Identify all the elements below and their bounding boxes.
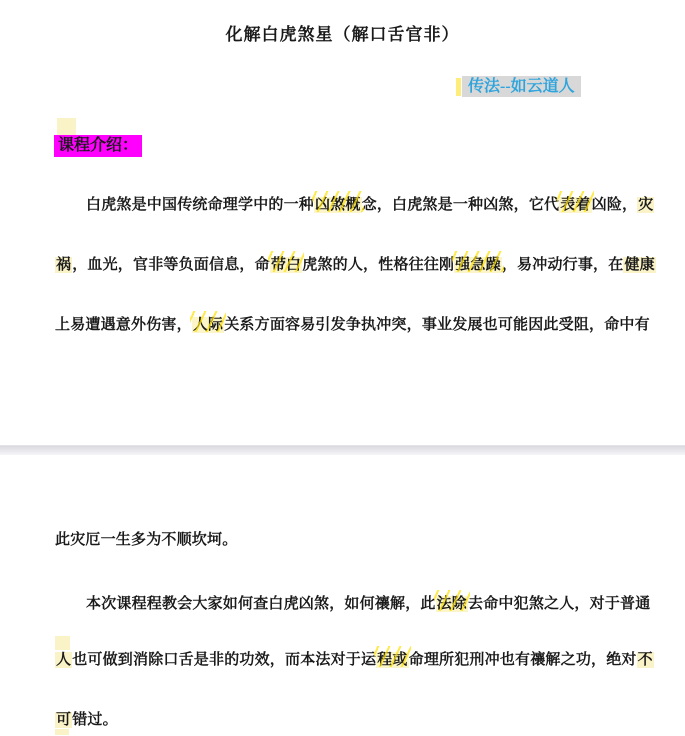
text-segment: ，易冲动行事，在: [502, 257, 624, 273]
text-segment: 命理所犯刑冲也有禳解之功，绝对: [409, 652, 637, 668]
text-segment: 也可做到消除口舌是非的功效，而本法对于运: [72, 652, 376, 668]
scribbled-segment: 带白: [270, 257, 302, 273]
text-segment: 白虎煞是中国传统命理学中的一种: [86, 197, 314, 213]
paragraph-line: 可错过。: [55, 711, 655, 730]
paragraph-line: 祸，血光，官非等负面信息，命带白虎煞的人，性格往往刚强急躁，易冲动行事，在健康: [55, 256, 655, 275]
paragraph-line: 上易遭遇意外伤害，人际关系方面容易引发争执冲突，事业发展也可能因此受阻，命中有: [55, 316, 655, 335]
scribbled-segment: 表着: [559, 197, 591, 213]
text-segment: 凶险，: [592, 197, 638, 213]
document-page: 化解白虎煞星（解口舌官非） 传法--如云道人 课程介绍： 白虎煞是中国传统命理学…: [0, 0, 685, 736]
yellow-mark: [456, 78, 461, 96]
highlighted-segment: 可: [55, 712, 72, 728]
highlighted-segment: 灾: [637, 197, 654, 213]
section-label: 课程介绍：: [54, 135, 142, 157]
text-segment: 本次课程程教会大家如何查白虎凶煞，如何禳解，此: [86, 596, 436, 612]
yellow-mark: [55, 636, 70, 650]
text-segment: 关系方面容易引发争执冲突，事业发展也可能因此受阻，命中有: [224, 317, 650, 333]
highlighted-segment: 祸: [55, 257, 72, 273]
text-segment: 去命中犯煞之人，对于普通: [468, 596, 650, 612]
text-segment: 念，白虎煞是一种凶煞，它代: [362, 197, 560, 213]
scribbled-segment: 法除: [436, 596, 468, 612]
document-title: 化解白虎煞星（解口舌官非）: [0, 20, 685, 45]
page-break: [0, 445, 685, 455]
yellow-mark: [57, 118, 76, 135]
byline-badge: 传法--如云道人: [462, 76, 581, 97]
highlighted-segment: 健康: [623, 257, 655, 273]
highlighted-segment: 不: [637, 652, 654, 668]
yellow-mark: [55, 729, 69, 735]
highlighted-segment: 人: [55, 652, 72, 668]
text-segment: 上易遭遇意外伤害，: [55, 317, 192, 333]
text-segment: 虎煞的人，性格往往刚: [302, 257, 454, 273]
scribbled-segment: 强急躁: [454, 257, 502, 273]
paragraph-line: 此灾厄一生多为不顺坎坷。: [55, 531, 655, 550]
text-segment: ，血光，官非等负面信息，命: [72, 257, 270, 273]
scribbled-segment: 凶煞概: [314, 197, 362, 213]
paragraph-line: 本次课程程教会大家如何查白虎凶煞，如何禳解，此法除去命中犯煞之人，对于普通: [55, 595, 685, 614]
text-segment: 错过。: [72, 712, 118, 728]
scribbled-segment: 程或: [376, 652, 408, 668]
paragraph-line: 人也可做到消除口舌是非的功效，而本法对于运程或命理所犯刑冲也有禳解之功，绝对不: [55, 651, 655, 670]
paragraph-line: 白虎煞是中国传统命理学中的一种凶煞概念，白虎煞是一种凶煞，它代表着凶险，灾: [55, 196, 685, 215]
scribbled-segment: 人际: [192, 317, 224, 333]
